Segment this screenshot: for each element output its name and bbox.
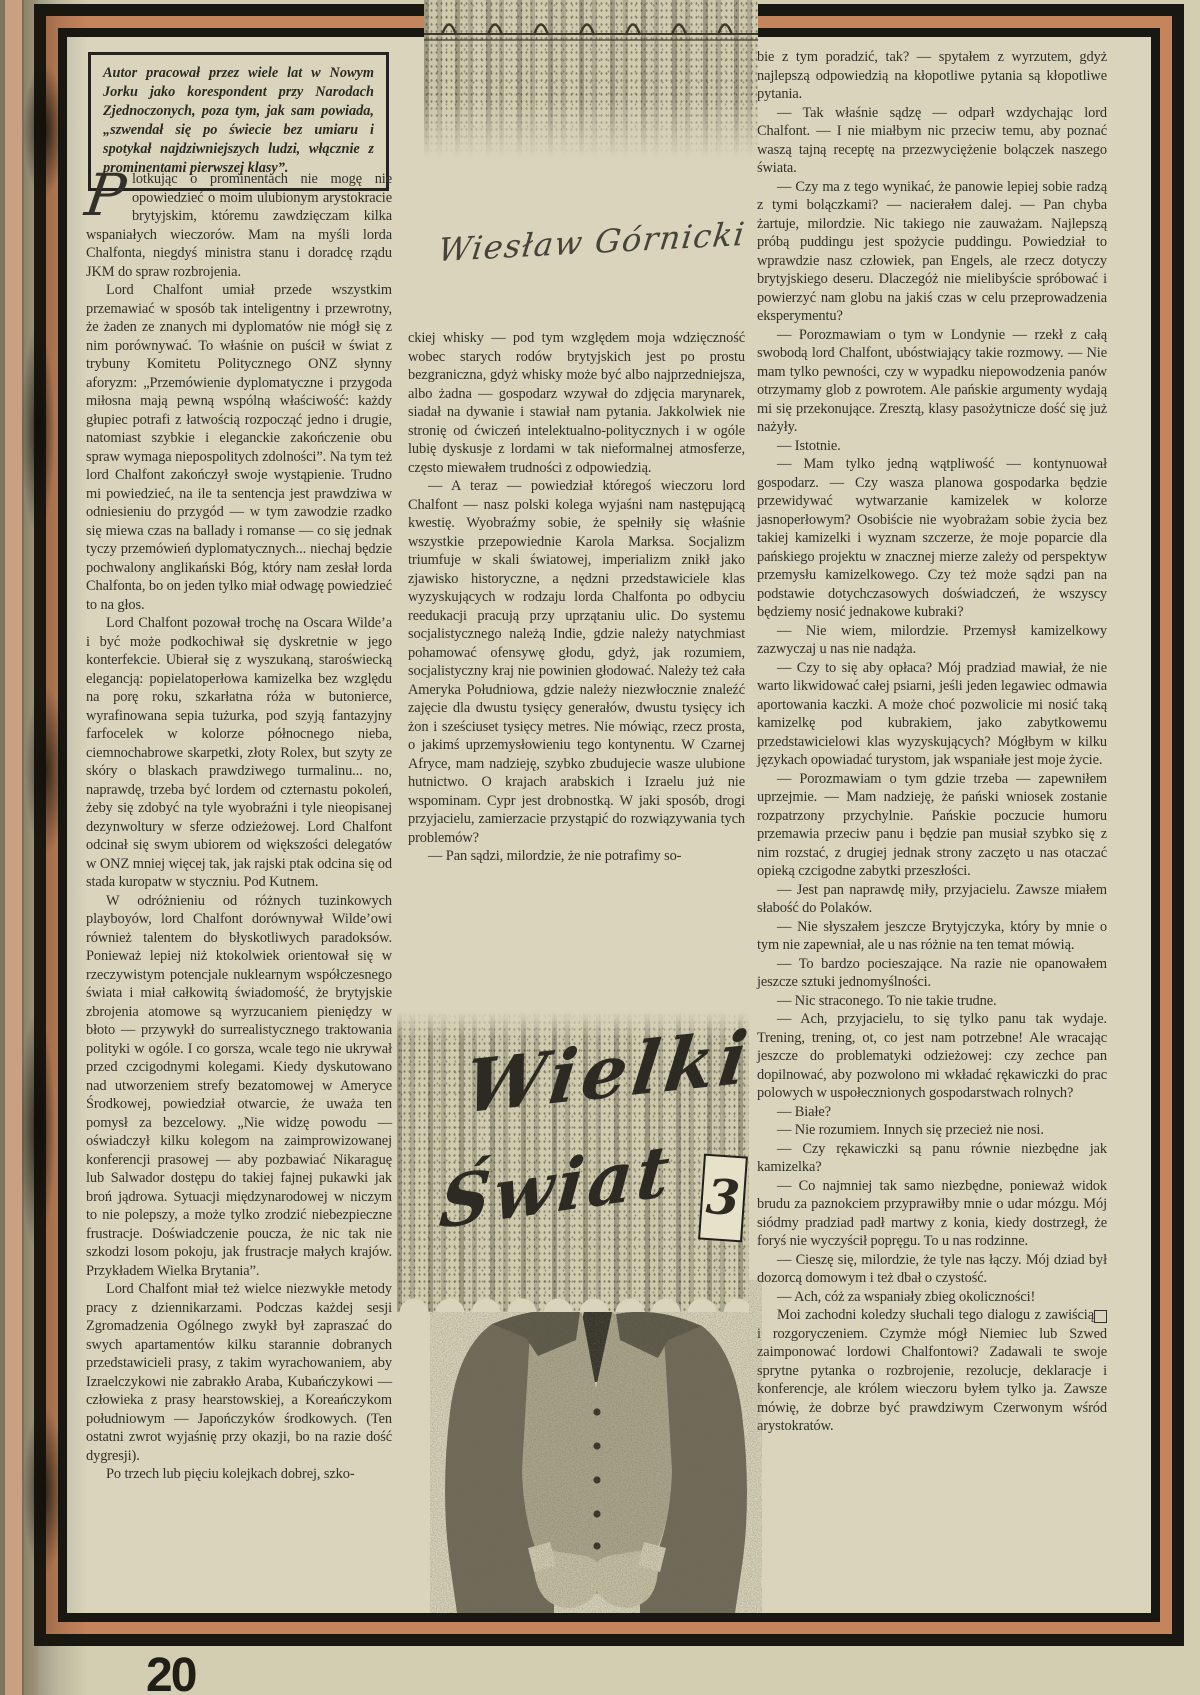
paragraph: — Co najmniej tak samo niezbędne, poniew… [757,1177,1107,1251]
paragraph: — Nie wiem, milordzie. Przemysł kamizelk… [757,622,1107,659]
paragraph: — Nie słyszałem jeszcze Brytyjczyka, któ… [757,918,1107,955]
paragraph: — Pan sądzi, milordzie, że nie potrafimy… [408,847,745,866]
paragraph-text: lotkując o prominentach nie mogę nie opo… [86,171,392,280]
paragraph: Plotkując o prominentach nie mogę nie op… [86,170,392,281]
paragraph: — Nic straconego. To nie takie trudne. [757,992,1107,1011]
paragraph: — Porozmawiam o tym w Londynie — rzekł z… [757,326,1107,437]
paragraph: — Cieszę się, milordzie, że tyle nas łąc… [757,1251,1107,1288]
page-frame-outer: Autor pracował przez wiele lat w Nowym J… [34,4,1184,1646]
paragraph: — Porozmawiam o tym gdzie trzeba — zapew… [757,770,1107,881]
paragraph-last: Moi zachodni koledzy słuchali tego dialo… [757,1306,1107,1436]
paragraph: — Istotnie. [757,437,1107,456]
page-number: 20 [146,1648,195,1695]
curtain-illustration-top [424,0,758,158]
paragraph: — A teraz — powiedział któregoś wieczoru… [408,477,745,847]
stipple-texture [430,1280,762,1620]
end-of-article-mark [1094,1310,1107,1323]
paragraph: — Tak właśnie sądzę — odparł wzdychając … [757,104,1107,178]
paragraph: Lord Chalfont umiał przede wszystkim prz… [86,281,392,614]
paragraph: — Ach, przyjacielu, to się tylko panu ta… [757,1010,1107,1103]
paragraph: — Białe? [757,1103,1107,1122]
paragraph: Lord Chalfont miał też wielce niezwykłe … [86,1280,392,1465]
intro-text: Autor pracował przez wiele lat w Nowym J… [103,65,374,176]
paragraph: — Ach, cóż za wspaniały zbieg okolicznoś… [757,1288,1107,1307]
drop-cap: P [83,173,128,217]
series-number-box: 3 [698,1154,748,1243]
paragraph: — To bardzo pocieszające. Na razie nie o… [757,955,1107,992]
page-frame-orange-rule: Autor pracował przez wiele lat w Nowym J… [46,16,1172,1634]
paragraph: — Czy to się aby opłaca? Mój pradziad ma… [757,659,1107,770]
curtain-rod [424,0,758,60]
paragraph: — Czy ma z tego wynikać, że panowie lepi… [757,178,1107,326]
paragraph: — Nie rozumiem. Innych się przecież nie … [757,1121,1107,1140]
headless-man-illustration [430,1280,762,1620]
paragraph: — Mam tylko jedną wątpliwość — kontynuow… [757,455,1107,622]
paragraph: Po trzech lub pięciu kolejkach dobrej, s… [86,1465,392,1484]
paragraph: ckiej whisky — pod tym względem moja wdz… [408,329,745,477]
page-content-area: Autor pracował przez wiele lat w Nowym J… [58,28,1160,1622]
paragraph: Lord Chalfont pozował trochę na Oscara W… [86,614,392,892]
paragraph: — Jest pan naprawdę miły, przyjacielu. Z… [757,881,1107,918]
paragraph: W odróżnieniu od różnych tuzinkowych pla… [86,892,392,1281]
scanned-magazine-page: Autor pracował przez wiele lat w Nowym J… [0,0,1200,1695]
paragraph-text: Moi zachodni koledzy słuchali tego dialo… [757,1307,1107,1434]
paragraph: bie z tym poradzić, tak? — spytałem z wy… [757,48,1107,104]
author-signature: Wiesław Górnicki [425,214,759,270]
column-middle: ckiej whisky — pod tym względem moja wdz… [408,329,745,866]
paragraph: — Czy rękawiczki są panu równie niezbędn… [757,1140,1107,1177]
column-right: bie z tym poradzić, tak? — spytałem z wy… [757,48,1107,1436]
column-left: Plotkując o prominentach nie mogę nie op… [86,170,392,1484]
